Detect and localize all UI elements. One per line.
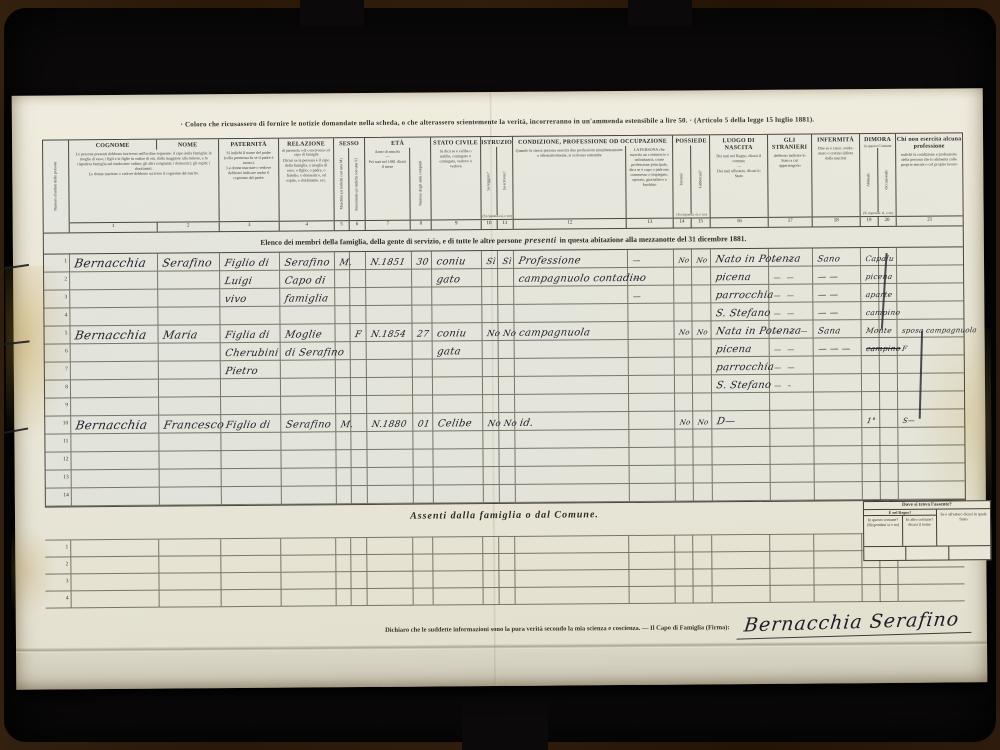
cell-nome bbox=[159, 379, 221, 397]
cell-num: 3 bbox=[44, 290, 70, 308]
cell-leggere bbox=[483, 341, 499, 359]
cell-infermita: — — bbox=[813, 284, 861, 302]
cell-anno bbox=[367, 342, 413, 360]
header-col-chi-non-esercita: Chi non esercita alcuna professione indi… bbox=[896, 133, 963, 226]
cell-luogo: S. Stefano bbox=[711, 303, 769, 321]
handwriting: — — bbox=[769, 252, 797, 268]
cell-relazione bbox=[281, 572, 336, 589]
cell-stato bbox=[433, 537, 483, 554]
cell-poss_t bbox=[674, 303, 692, 321]
col-number: 5 bbox=[335, 221, 350, 230]
cell-leggere bbox=[484, 485, 500, 503]
folder-tab bbox=[628, 0, 692, 26]
cell-leggere: Sì bbox=[482, 251, 498, 269]
cell-cond13 bbox=[629, 430, 675, 448]
header-col-numero: Numero d'ordine delle persone bbox=[43, 140, 70, 232]
header-col-cognome-nome: COGNOME NOME Le persone presenti debbono… bbox=[69, 139, 220, 232]
cell-dimora: Capalu bbox=[861, 248, 897, 266]
cell-leggere bbox=[484, 467, 500, 485]
col-number: 13 bbox=[627, 219, 673, 228]
cell-scrive bbox=[499, 571, 515, 588]
handwriting: M. bbox=[336, 417, 354, 433]
cell-luogo bbox=[712, 552, 770, 569]
handwriting: No bbox=[693, 414, 710, 430]
handwriting: Bernacchia bbox=[71, 327, 148, 344]
cell-cond13: — bbox=[628, 250, 674, 268]
handwriting: — — — bbox=[770, 324, 811, 340]
handwriting: No bbox=[674, 252, 691, 268]
cell-luogo bbox=[713, 483, 771, 501]
handwriting: 1° bbox=[862, 413, 877, 429]
elenco-presenti: presenti bbox=[525, 235, 557, 245]
cell-cond13 bbox=[630, 484, 676, 502]
handwriting: Serafino bbox=[281, 417, 332, 433]
luogo-note: Dei nati nel Regno, dicasi il comune — D… bbox=[710, 152, 768, 218]
handwriting: picena bbox=[712, 342, 753, 358]
cell-sesso_m bbox=[335, 270, 350, 288]
cell-poss_t bbox=[675, 552, 693, 569]
cell-infermita bbox=[815, 482, 863, 500]
cell-paternita: Cherubini bbox=[221, 343, 281, 361]
cell-poss_f bbox=[693, 569, 712, 586]
handwriting: Pietro bbox=[221, 364, 259, 380]
cell-sesso_m bbox=[336, 360, 351, 378]
handwriting: Figlia di bbox=[221, 328, 271, 344]
cell-cond13 bbox=[630, 587, 676, 604]
cell-cond13 bbox=[630, 466, 676, 484]
header-col-luogo-nascita: LUOGO DI NASCITA Dei nati nel Regno, dic… bbox=[710, 135, 769, 227]
cell-chinon bbox=[898, 567, 964, 585]
cell-num: 10 bbox=[45, 416, 71, 434]
cell-stranieri bbox=[770, 447, 814, 465]
cell-anno bbox=[367, 360, 413, 378]
cell-luogo: S. Stefano bbox=[712, 375, 770, 393]
cell-sesso_m bbox=[336, 378, 351, 396]
cell-anno bbox=[368, 468, 414, 486]
cell-paternita bbox=[222, 590, 282, 607]
cell-anni: 30 bbox=[412, 252, 432, 270]
stato-note: Si dica se è celibe o nubile, coniugato … bbox=[431, 147, 481, 219]
elenco-post: in questa abitazione alla mezzanotte del… bbox=[560, 234, 747, 244]
handwriting: No bbox=[692, 252, 709, 268]
cell-sesso_m bbox=[336, 432, 351, 450]
paper-shade bbox=[16, 645, 987, 690]
cell-scrive bbox=[499, 359, 515, 377]
cell-nome bbox=[159, 539, 221, 556]
handwriting: — — bbox=[813, 287, 839, 303]
folder-tab bbox=[300, 0, 364, 26]
cell-stranieri bbox=[770, 552, 814, 569]
cell-anno bbox=[367, 396, 413, 414]
possiede-title: POSSIEDE bbox=[673, 135, 709, 145]
cell-leggere bbox=[483, 359, 499, 377]
cell-poss_t bbox=[676, 483, 694, 501]
cell-dimora bbox=[862, 356, 898, 374]
cell-nome bbox=[159, 361, 221, 379]
handwriting: — bbox=[628, 289, 642, 305]
handwriting: — — — bbox=[814, 341, 852, 357]
cell-leggere bbox=[482, 305, 498, 323]
cell-anno bbox=[366, 306, 412, 324]
cell-cognome bbox=[72, 470, 160, 489]
cell-dimora: Monte bbox=[861, 320, 897, 338]
cell-paternita bbox=[220, 307, 280, 325]
cell-sesso_m: M. bbox=[336, 414, 351, 432]
occasionale-label: Occasionale bbox=[884, 170, 889, 190]
cell-stato bbox=[433, 571, 483, 588]
cell-cond13 bbox=[629, 412, 675, 430]
cell-sesso_f bbox=[351, 396, 367, 414]
cell-nome bbox=[159, 451, 221, 469]
handwriting: campino bbox=[862, 341, 902, 357]
handwriting: campagnuola bbox=[515, 325, 592, 342]
cell-anni bbox=[413, 450, 433, 468]
cell-relazione bbox=[280, 306, 335, 324]
handwriting: Bernacchia bbox=[70, 255, 147, 272]
cell-scrive bbox=[499, 377, 515, 395]
cell-cond12 bbox=[515, 448, 629, 467]
col-number: 17 bbox=[769, 218, 812, 227]
header-col-dimora: DIMORA in questo Comune Abituale Occasio… bbox=[860, 134, 897, 226]
handwriting: Celibe bbox=[433, 416, 473, 432]
cell-scrive bbox=[499, 537, 515, 554]
cell-stato: coniu bbox=[432, 251, 482, 269]
cell-stato: Celibe bbox=[433, 413, 483, 431]
cell-cond12 bbox=[515, 553, 629, 571]
cell-poss_f bbox=[693, 552, 712, 569]
chinon-note: indichi la condizione e professione dell… bbox=[896, 150, 963, 216]
cell-stranieri bbox=[771, 483, 815, 501]
handwriting: Luigi bbox=[220, 274, 253, 290]
cell-anni bbox=[412, 288, 432, 306]
cell-cond12: campagnuola bbox=[514, 322, 628, 341]
col-number: 12 bbox=[514, 219, 627, 229]
header-col-condizione: CONDIZIONE, PROFESSIONE OD OCCUPAZIONE Q… bbox=[513, 136, 674, 229]
cell-anni bbox=[413, 378, 433, 396]
cell-stranieri bbox=[770, 535, 814, 552]
cell-dimora: campino bbox=[862, 338, 898, 356]
col-number: 21 bbox=[897, 216, 963, 226]
cell-poss_f: No bbox=[692, 321, 711, 339]
cell-sesso_f bbox=[351, 450, 367, 468]
cell-infermita bbox=[814, 428, 862, 446]
cell-cond13 bbox=[629, 394, 675, 412]
cell-chinon: F bbox=[898, 337, 964, 356]
cell-scrive bbox=[500, 467, 516, 485]
col-number: 4 bbox=[280, 221, 334, 230]
condizione-note13: LA PERSONA che esercita un commercio o u… bbox=[626, 146, 672, 218]
cell-num: 1 bbox=[44, 254, 70, 272]
cell-nome: Francesco bbox=[159, 415, 221, 433]
terreni-label: Terreni? bbox=[679, 173, 683, 186]
header-col-stranieri: GLI STRANIERI debbono indicare lo Stato … bbox=[768, 135, 813, 227]
paper-crease bbox=[16, 640, 987, 653]
handwriting: Professione bbox=[514, 253, 582, 270]
handwriting: Figlio di bbox=[221, 418, 271, 434]
cell-poss_f bbox=[693, 339, 712, 357]
eta-title: ETÀ bbox=[365, 138, 430, 148]
eta-anno-note: Anno di nascita — Pei nati nel 1881 dica… bbox=[365, 148, 411, 220]
cell-stranieri bbox=[771, 465, 815, 483]
cell-anno bbox=[368, 486, 414, 504]
cell-relazione bbox=[282, 589, 337, 606]
cell-dimora bbox=[862, 392, 898, 410]
handwriting: — — bbox=[770, 360, 798, 376]
cell-poss_t bbox=[674, 267, 692, 285]
cell-cognome bbox=[71, 362, 159, 381]
assenti-heading: Assenti dalla famiglia o dal Comune. bbox=[45, 506, 964, 524]
cell-scrive: Sì bbox=[498, 251, 514, 269]
cell-poss_f: No bbox=[692, 249, 711, 267]
sa-leggere-label: Sa leggere? bbox=[486, 172, 491, 191]
cell-scrive bbox=[499, 341, 515, 359]
cell-relazione bbox=[281, 538, 336, 555]
cell-leggere bbox=[484, 588, 500, 605]
handwriting: Maria bbox=[159, 327, 199, 343]
cell-relazione: di Serafino bbox=[281, 342, 336, 360]
header-col-possiede: POSSIEDE Terreni? Fabbricati? (Si rispon… bbox=[673, 135, 711, 227]
stato-title: STATO CIVILE bbox=[431, 137, 480, 147]
cell-num: 2 bbox=[44, 272, 70, 290]
header-col-infermita: INFERMITÀ Dire se è cieco, sordo-muto o … bbox=[812, 134, 861, 226]
cell-chinon bbox=[897, 265, 963, 284]
handwriting: id. bbox=[515, 416, 534, 432]
cell-dimora bbox=[863, 464, 899, 482]
cell-cond12 bbox=[514, 286, 628, 305]
cell-poss_t bbox=[676, 465, 694, 483]
cell-luogo: parrocchia bbox=[711, 285, 769, 303]
cell-anni bbox=[413, 555, 433, 572]
cell-paternita bbox=[221, 379, 281, 397]
cell-nome bbox=[159, 433, 221, 451]
cell-stato: gata bbox=[433, 341, 483, 359]
cell-poss_t bbox=[675, 357, 693, 375]
abituale-label: Abituale bbox=[866, 173, 870, 187]
cell-sesso_m bbox=[336, 538, 351, 555]
cell-poss_t bbox=[675, 447, 693, 465]
cell-cond13: — bbox=[628, 268, 674, 286]
header-col-istruzione: ISTRUZIONE Sa leggere? Sa scrivere? (Si … bbox=[481, 137, 514, 229]
head-of-family-signature: Bernacchia Serafino bbox=[736, 608, 974, 640]
cell-chinon bbox=[897, 247, 963, 266]
cell-num: 2 bbox=[45, 557, 71, 574]
declaration-text: Dichiaro che le suddette informazioni so… bbox=[385, 624, 730, 634]
cell-cond12 bbox=[516, 587, 630, 605]
infermita-title: INFERMITÀ bbox=[812, 134, 859, 144]
cell-poss_f bbox=[693, 375, 712, 393]
cell-paternita: Luigi bbox=[220, 271, 280, 289]
cell-sesso_f bbox=[351, 432, 367, 450]
cell-cond13 bbox=[629, 448, 675, 466]
handwriting: — — bbox=[813, 269, 839, 285]
handwriting: picena bbox=[711, 270, 752, 286]
cell-leggere: No bbox=[483, 413, 499, 431]
cell-nome bbox=[159, 397, 221, 415]
cell-poss_f bbox=[694, 465, 713, 483]
cell-stranieri: — — bbox=[769, 267, 813, 285]
cell-cognome: Bernacchia bbox=[70, 326, 158, 345]
cell-stato bbox=[433, 554, 483, 571]
cell-sesso_f bbox=[350, 270, 366, 288]
cell-luogo: parrocchia bbox=[712, 357, 770, 375]
fabbricati-label: Fabbricati? bbox=[698, 170, 703, 188]
handwriting: D— bbox=[712, 414, 736, 430]
cell-anno: N.1854 bbox=[366, 324, 412, 342]
cell-sesso_m bbox=[336, 555, 351, 572]
col-number: 2 bbox=[158, 222, 219, 231]
cell-num: 5 bbox=[44, 326, 70, 344]
cell-sesso_m bbox=[336, 450, 351, 468]
cell-cond12 bbox=[515, 376, 629, 395]
folder-tab bbox=[462, 696, 548, 750]
cell-stato bbox=[434, 467, 484, 485]
handwriting: — — bbox=[769, 270, 797, 286]
handwriting: coniu bbox=[432, 254, 467, 270]
cell-relazione: Capo di bbox=[280, 270, 335, 288]
handwriting: coniu bbox=[433, 326, 468, 342]
cell-paternita bbox=[221, 397, 281, 415]
cell-sesso_f bbox=[351, 378, 367, 396]
cell-cond12 bbox=[516, 466, 630, 485]
cell-num: 14 bbox=[46, 488, 72, 506]
cell-stato bbox=[432, 305, 482, 323]
cell-sesso_m bbox=[335, 306, 350, 324]
handwriting: Figlio di bbox=[220, 256, 270, 272]
handwriting: Capo di bbox=[280, 273, 327, 289]
cell-paternita bbox=[221, 539, 281, 556]
cell-paternita bbox=[221, 556, 281, 573]
handwriting: 01 bbox=[413, 417, 431, 433]
handwriting: Francesco bbox=[159, 417, 225, 434]
cell-poss_f bbox=[694, 586, 713, 603]
handwriting: S. Stefano bbox=[711, 306, 771, 322]
handwriting: M. bbox=[335, 255, 353, 271]
cell-dimora: 1° bbox=[862, 410, 898, 428]
handwriting: — — bbox=[769, 288, 797, 304]
cell-chinon bbox=[898, 391, 964, 410]
cell-leggere: No bbox=[482, 323, 498, 341]
cell-luogo bbox=[712, 447, 770, 465]
cell-anni bbox=[413, 572, 433, 589]
cell-nome bbox=[158, 289, 220, 307]
cell-anno bbox=[366, 288, 412, 306]
cell-anno bbox=[367, 572, 413, 589]
document-paper: · Coloro che ricusassero di fornire le n… bbox=[12, 88, 988, 690]
cell-sesso_f bbox=[352, 486, 368, 504]
cognome-nome-note: Le persone presenti debbono iscriversi n… bbox=[69, 149, 219, 222]
cell-leggere bbox=[483, 571, 499, 588]
cell-stato bbox=[433, 359, 483, 377]
col-number: 7 bbox=[366, 221, 411, 230]
cell-infermita: — — bbox=[813, 302, 861, 320]
cell-leggere bbox=[483, 537, 499, 554]
cell-relazione: Serafino bbox=[281, 414, 336, 432]
header-col-stato-civile: STATO CIVILE Si dica se è celibe o nubil… bbox=[431, 137, 482, 229]
table-body: 1BernacchiaSerafinoFiglio diSerafinoM.N.… bbox=[44, 247, 965, 506]
cell-stato bbox=[433, 449, 483, 467]
cell-chinon bbox=[897, 283, 963, 302]
handwriting: — bbox=[628, 253, 642, 269]
cell-scrive: No bbox=[498, 323, 514, 341]
cell-cognome bbox=[71, 557, 159, 575]
cell-luogo: Nata in Potenza bbox=[711, 321, 769, 339]
handwriting: — — bbox=[769, 306, 797, 322]
cell-anno bbox=[367, 538, 413, 555]
cell-infermita bbox=[814, 374, 862, 392]
handwriting: Monte bbox=[862, 323, 894, 339]
cell-luogo: D— bbox=[712, 411, 770, 429]
handwriting: vivo bbox=[220, 292, 247, 308]
assenti-table: 1234 bbox=[45, 532, 965, 608]
cell-sesso_f: F bbox=[350, 324, 366, 342]
cell-luogo: picena bbox=[711, 267, 769, 285]
cell-cognome bbox=[70, 290, 158, 309]
cell-dimora bbox=[863, 585, 899, 602]
cell-anni bbox=[413, 342, 433, 360]
cell-nome bbox=[158, 271, 220, 289]
sesso-femminile-label: Femminile (si indichi con una F) bbox=[354, 158, 359, 211]
cell-infermita: Sano bbox=[813, 248, 861, 266]
cell-infermita bbox=[814, 356, 862, 374]
cell-nome bbox=[158, 307, 220, 325]
cell-relazione: Moglie bbox=[280, 324, 335, 342]
cell-poss_t bbox=[675, 375, 693, 393]
dove-col1-label: In questo comune? (Rispondasi sì o no) bbox=[864, 516, 903, 546]
nome-title: NOME bbox=[157, 139, 218, 149]
cell-paternita: Figlio di bbox=[220, 253, 280, 271]
cell-anni bbox=[412, 270, 432, 288]
cell-chinon bbox=[898, 373, 964, 392]
handwriting: Serafino bbox=[158, 255, 213, 271]
cell-stranieri: — — bbox=[770, 357, 814, 375]
cell-relazione bbox=[281, 555, 336, 572]
cell-relazione bbox=[281, 378, 336, 396]
cell-num: 12 bbox=[45, 452, 71, 470]
handwriting: Sano bbox=[813, 251, 841, 267]
cell-cond13 bbox=[629, 340, 675, 358]
cell-cognome: Bernacchia bbox=[71, 416, 159, 435]
cell-dimora: campino bbox=[861, 302, 897, 320]
cell-cond13 bbox=[628, 322, 674, 340]
handwriting: sposa campagnuola bbox=[898, 322, 979, 339]
handwriting: famiglia bbox=[280, 291, 329, 307]
istruzione-title: ISTRUZIONE bbox=[481, 137, 512, 147]
cell-paternita bbox=[221, 451, 281, 469]
cell-chinon bbox=[898, 445, 964, 464]
handwriting: F bbox=[898, 341, 909, 357]
cell-anno bbox=[368, 589, 414, 606]
handwriting: parrocchia bbox=[711, 288, 774, 304]
cell-dimora bbox=[862, 568, 898, 585]
cell-stato: gato bbox=[432, 269, 482, 287]
stranieri-note: debbono indicare lo Stato a cui apparten… bbox=[768, 151, 812, 217]
cell-num: 11 bbox=[45, 434, 71, 452]
cell-chinon: S— bbox=[898, 409, 964, 428]
cell-cognome bbox=[71, 452, 159, 471]
cell-poss_t bbox=[676, 586, 694, 603]
cell-paternita: Figlia di bbox=[220, 325, 280, 343]
cell-scrive bbox=[499, 395, 515, 413]
dimora-title: DIMORA bbox=[860, 134, 895, 144]
sa-scrivere-label: Sa scrivere? bbox=[502, 171, 507, 190]
handwriting: No bbox=[675, 414, 692, 430]
cell-nome bbox=[159, 343, 221, 361]
cell-poss_f bbox=[693, 447, 712, 465]
elenco-pre: Elenco dei membri della famiglia, della … bbox=[260, 235, 522, 246]
cell-stranieri: — — bbox=[769, 285, 813, 303]
header-col-relazione: RELAZIONE di parentela o di convivenza c… bbox=[279, 138, 335, 230]
cell-chinon bbox=[898, 427, 964, 446]
